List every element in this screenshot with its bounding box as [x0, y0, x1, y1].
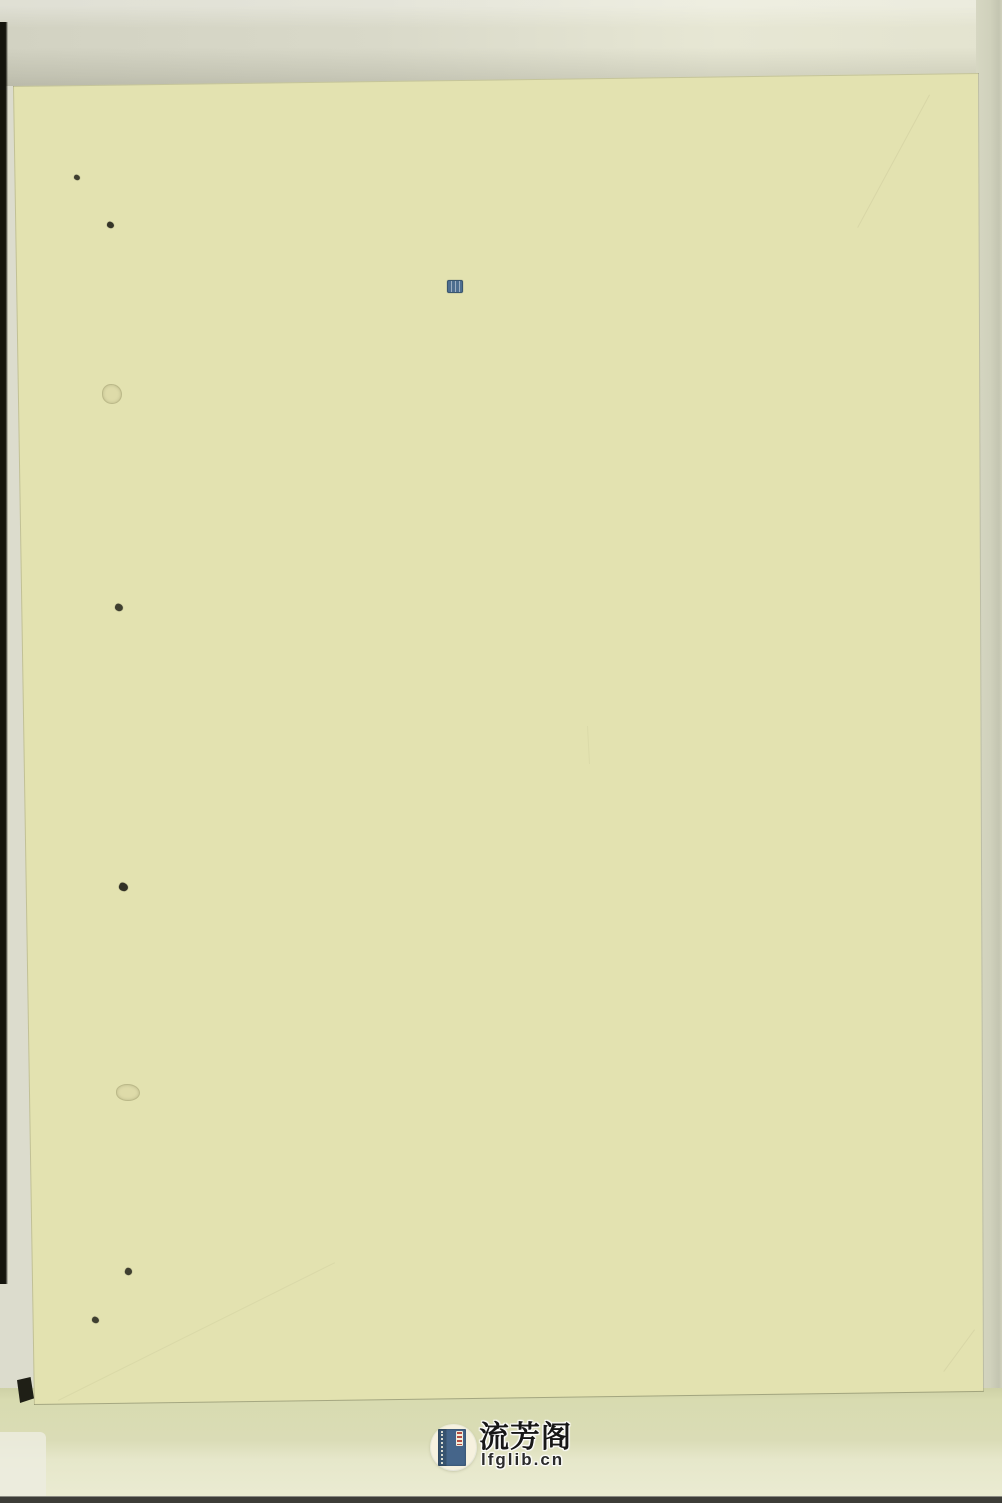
binding-speck [124, 1267, 133, 1276]
watermark-site-url: lfglib.cn [481, 1451, 681, 1471]
watermark-badge [431, 1425, 476, 1470]
book-title-label [456, 1431, 463, 1446]
worm-hole [102, 384, 122, 404]
paper-crease [58, 1262, 335, 1401]
stitched-book-icon [438, 1429, 466, 1466]
binding-speck [114, 603, 124, 612]
binding-speck [91, 1316, 100, 1324]
worm-hole [116, 1084, 140, 1101]
binding-speck [73, 174, 80, 181]
book-stitch-line [441, 1431, 443, 1464]
paper-crease [943, 1329, 975, 1372]
binding-speck [118, 882, 129, 893]
scanned-page-image: 流芳阁 lfglib.cn [0, 0, 1002, 1503]
mini-book-stamp-icon [447, 280, 463, 293]
scan-edge-bottom-strip [0, 1496, 1002, 1503]
binding-speck [106, 221, 115, 229]
paper-crease [857, 95, 930, 228]
defect-layer [0, 0, 1002, 1503]
edge-ink-wedge [17, 1377, 34, 1403]
paper-crease [587, 726, 590, 764]
